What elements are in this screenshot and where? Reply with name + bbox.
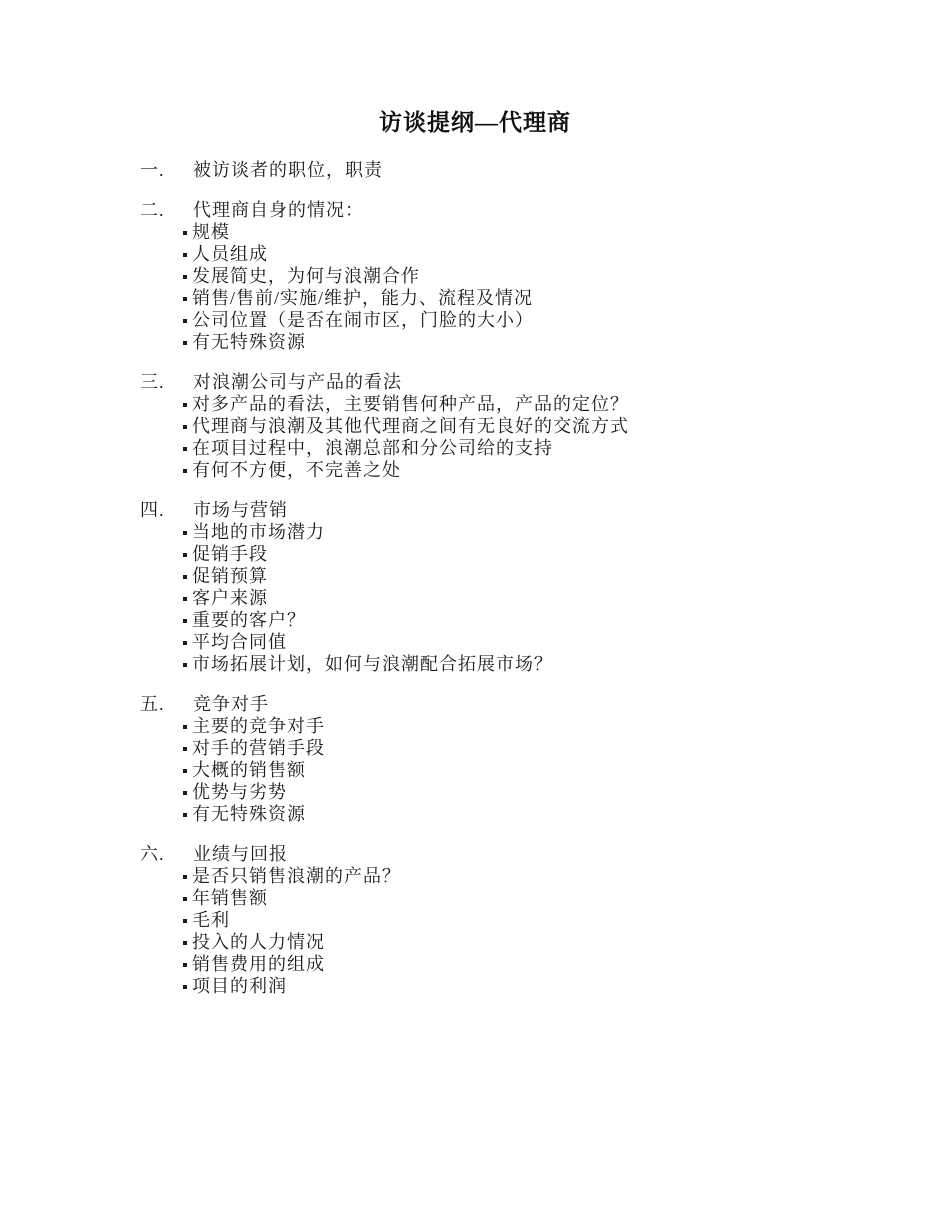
bullet-text: 代理商与浪潮及其他代理商之间有无良好的交流方式 xyxy=(192,416,629,436)
bullet-item: 当地的市场潜力 xyxy=(183,521,950,543)
section-number: 四. xyxy=(140,499,193,521)
square-bullet-icon xyxy=(183,275,187,279)
square-bullet-icon xyxy=(183,253,187,257)
section-bullet-list: 当地的市场潜力 促销手段 促销预算 客户来源 重要的客户？ 平均合同值 市场拓展… xyxy=(0,521,950,675)
section-bullet-list: 主要的竞争对手 对手的营销手段 大概的销售额 优势与劣势 有无特殊资源 xyxy=(0,715,950,825)
bullet-text: 对多产品的看法，主要销售何种产品，产品的定位？ xyxy=(192,394,629,414)
bullet-text: 在项目过程中，浪潮总部和分公司给的支持 xyxy=(192,438,553,458)
section-number: 三. xyxy=(140,371,193,393)
bullet-text: 客户来源 xyxy=(192,588,268,608)
bullet-text: 市场拓展计划，如何与浪潮配合拓展市场？ xyxy=(192,654,553,674)
bullet-text: 有无特殊资源 xyxy=(192,332,306,352)
section-title: 市场与营销 xyxy=(193,499,288,521)
bullet-item: 在项目过程中，浪潮总部和分公司给的支持 xyxy=(183,437,950,459)
outline-section: 四. 市场与营销 当地的市场潜力 促销手段 促销预算 客户来源 重要的客户？ 平… xyxy=(0,499,950,675)
bullet-text: 促销手段 xyxy=(192,544,268,564)
bullet-text: 年销售额 xyxy=(192,888,268,908)
bullet-item: 发展简史，为何与浪潮合作 xyxy=(183,265,950,287)
bullet-text: 当地的市场潜力 xyxy=(192,522,325,542)
bullet-text: 发展简史，为何与浪潮合作 xyxy=(192,266,420,286)
outline-section: 二. 代理商自身的情况： 规模 人员组成 发展简史，为何与浪潮合作 销售/售前/… xyxy=(0,199,950,353)
bullet-text: 对手的营销手段 xyxy=(192,738,325,758)
square-bullet-icon xyxy=(183,769,187,773)
square-bullet-icon xyxy=(183,897,187,901)
section-bullet-list: 规模 人员组成 发展简史，为何与浪潮合作 销售/售前/实施/维护，能力、流程及情… xyxy=(0,221,950,353)
bullet-text: 人员组成 xyxy=(192,244,268,264)
section-title: 代理商自身的情况： xyxy=(193,199,364,221)
bullet-text: 销售费用的组成 xyxy=(192,954,325,974)
section-title: 竞争对手 xyxy=(193,693,269,715)
bullet-item: 有无特殊资源 xyxy=(183,331,950,353)
square-bullet-icon xyxy=(183,619,187,623)
square-bullet-icon xyxy=(183,531,187,535)
bullet-text: 促销预算 xyxy=(192,566,268,586)
square-bullet-icon xyxy=(183,641,187,645)
bullet-text: 销售/售前/实施/维护，能力、流程及情况 xyxy=(192,288,533,308)
bullet-item: 人员组成 xyxy=(183,243,950,265)
bullet-item: 对多产品的看法，主要销售何种产品，产品的定位？ xyxy=(183,393,950,415)
square-bullet-icon xyxy=(183,553,187,557)
outline-section: 五. 竞争对手 主要的竞争对手 对手的营销手段 大概的销售额 优势与劣势 有无特… xyxy=(0,693,950,825)
bullet-item: 规模 xyxy=(183,221,950,243)
square-bullet-icon xyxy=(183,663,187,667)
bullet-item: 有何不方便，不完善之处 xyxy=(183,459,950,481)
bullet-item: 销售/售前/实施/维护，能力、流程及情况 xyxy=(183,287,950,309)
bullet-item: 有无特殊资源 xyxy=(183,803,950,825)
bullet-item: 主要的竞争对手 xyxy=(183,715,950,737)
square-bullet-icon xyxy=(183,575,187,579)
square-bullet-icon xyxy=(183,963,187,967)
section-title: 业绩与回报 xyxy=(193,843,288,865)
bullet-item: 销售费用的组成 xyxy=(183,953,950,975)
section-heading: 五. 竞争对手 xyxy=(0,693,950,715)
square-bullet-icon xyxy=(183,747,187,751)
bullet-text: 规模 xyxy=(192,222,230,242)
section-number: 五. xyxy=(140,693,193,715)
square-bullet-icon xyxy=(183,297,187,301)
square-bullet-icon xyxy=(183,813,187,817)
bullet-item: 是否只销售浪潮的产品？ xyxy=(183,865,950,887)
bullet-text: 大概的销售额 xyxy=(192,760,306,780)
section-heading: 一. 被访谈者的职位，职责 xyxy=(0,159,950,181)
bullet-item: 对手的营销手段 xyxy=(183,737,950,759)
square-bullet-icon xyxy=(183,941,187,945)
bullet-item: 投入的人力情况 xyxy=(183,931,950,953)
section-bullet-list: 对多产品的看法，主要销售何种产品，产品的定位？ 代理商与浪潮及其他代理商之间有无… xyxy=(0,393,950,481)
section-heading: 三. 对浪潮公司与产品的看法 xyxy=(0,371,950,393)
bullet-item: 项目的利润 xyxy=(183,975,950,997)
section-number: 一. xyxy=(140,159,193,181)
square-bullet-icon xyxy=(183,875,187,879)
bullet-text: 项目的利润 xyxy=(192,976,287,996)
square-bullet-icon xyxy=(183,447,187,451)
bullet-item: 市场拓展计划，如何与浪潮配合拓展市场？ xyxy=(183,653,950,675)
section-bullet-list: 是否只销售浪潮的产品？ 年销售额 毛利 投入的人力情况 销售费用的组成 项目的利… xyxy=(0,865,950,997)
square-bullet-icon xyxy=(183,469,187,473)
square-bullet-icon xyxy=(183,791,187,795)
bullet-text: 有无特殊资源 xyxy=(192,804,306,824)
square-bullet-icon xyxy=(183,231,187,235)
bullet-text: 是否只销售浪潮的产品？ xyxy=(192,866,401,886)
section-heading: 六. 业绩与回报 xyxy=(0,843,950,865)
bullet-item: 促销预算 xyxy=(183,565,950,587)
section-heading: 二. 代理商自身的情况： xyxy=(0,199,950,221)
section-title: 被访谈者的职位，职责 xyxy=(193,159,383,181)
bullet-text: 有何不方便，不完善之处 xyxy=(192,460,401,480)
bullet-item: 大概的销售额 xyxy=(183,759,950,781)
bullet-text: 重要的客户？ xyxy=(192,610,306,630)
section-number: 六. xyxy=(140,843,193,865)
bullet-item: 代理商与浪潮及其他代理商之间有无良好的交流方式 xyxy=(183,415,950,437)
square-bullet-icon xyxy=(183,597,187,601)
bullet-item: 公司位置（是否在闹市区，门脸的大小） xyxy=(183,309,950,331)
square-bullet-icon xyxy=(183,725,187,729)
square-bullet-icon xyxy=(183,425,187,429)
document-page: 访谈提纲—代理商 一. 被访谈者的职位，职责 二. 代理商自身的情况： 规模 人… xyxy=(0,0,950,1230)
bullet-item: 毛利 xyxy=(183,909,950,931)
section-number: 二. xyxy=(140,199,193,221)
bullet-item: 客户来源 xyxy=(183,587,950,609)
bullet-text: 主要的竞争对手 xyxy=(192,716,325,736)
document-title: 访谈提纲—代理商 xyxy=(0,108,950,138)
bullet-text: 投入的人力情况 xyxy=(192,932,325,952)
outline-section: 三. 对浪潮公司与产品的看法 对多产品的看法，主要销售何种产品，产品的定位？ 代… xyxy=(0,371,950,481)
bullet-item: 平均合同值 xyxy=(183,631,950,653)
outline-section: 六. 业绩与回报 是否只销售浪潮的产品？ 年销售额 毛利 投入的人力情况 销售费… xyxy=(0,843,950,997)
square-bullet-icon xyxy=(183,985,187,989)
section-title: 对浪潮公司与产品的看法 xyxy=(193,371,402,393)
bullet-text: 优势与劣势 xyxy=(192,782,287,802)
square-bullet-icon xyxy=(183,341,187,345)
square-bullet-icon xyxy=(183,919,187,923)
bullet-item: 重要的客户？ xyxy=(183,609,950,631)
bullet-item: 优势与劣势 xyxy=(183,781,950,803)
bullet-item: 促销手段 xyxy=(183,543,950,565)
bullet-text: 平均合同值 xyxy=(192,632,287,652)
bullet-text: 毛利 xyxy=(192,910,230,930)
outline-section: 一. 被访谈者的职位，职责 xyxy=(0,159,950,181)
bullet-item: 年销售额 xyxy=(183,887,950,909)
bullet-text: 公司位置（是否在闹市区，门脸的大小） xyxy=(192,310,534,330)
square-bullet-icon xyxy=(183,319,187,323)
section-heading: 四. 市场与营销 xyxy=(0,499,950,521)
square-bullet-icon xyxy=(183,403,187,407)
document-body: 一. 被访谈者的职位，职责 二. 代理商自身的情况： 规模 人员组成 发展简史，… xyxy=(0,159,950,997)
